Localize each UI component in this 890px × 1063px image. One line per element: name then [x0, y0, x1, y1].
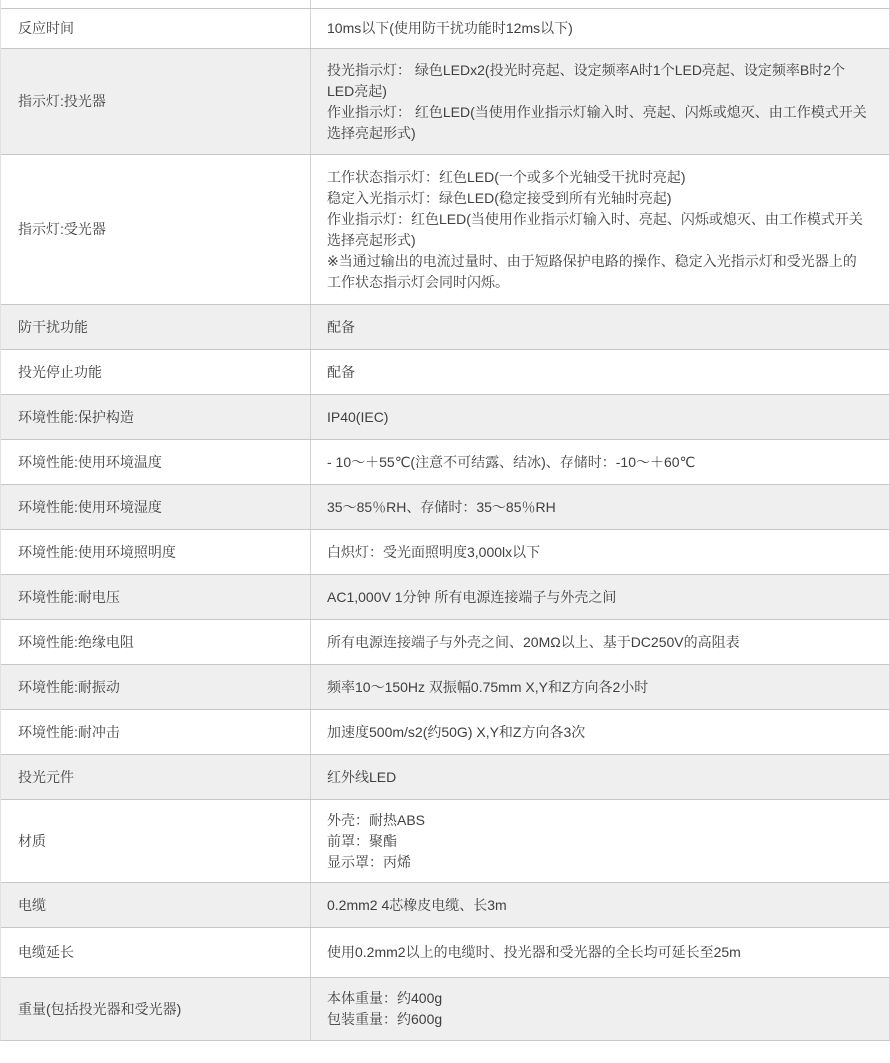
- spec-label: 环境性能:保护构造: [1, 395, 311, 439]
- spec-row-withstand-voltage: 环境性能:耐电压 AC1,000V 1分钟 所有电源连接端子与外壳之间: [1, 574, 889, 619]
- spec-row-partial-top: [1, 0, 889, 8]
- spec-row-emission-stop: 投光停止功能 配备: [1, 349, 889, 394]
- spec-value: 配备: [311, 350, 889, 394]
- spec-label: 环境性能:绝缘电阻: [1, 620, 311, 664]
- spec-label: 投光停止功能: [1, 350, 311, 394]
- spec-table: 反应时间 10ms以下(使用防干扰功能时12ms以下) 指示灯:投光器 投光指示…: [0, 0, 890, 1041]
- spec-value: IP40(IEC): [311, 395, 889, 439]
- spec-value: 加速度500m/s2(约50G) X,Y和Z方向各3次: [311, 710, 889, 754]
- spec-label: 环境性能:耐冲击: [1, 710, 311, 754]
- spec-row-vibration-resistance: 环境性能:耐振动 频率10～150Hz 双振幅0.75mm X,Y和Z方向各2小…: [1, 664, 889, 709]
- spec-row-ambient-humidity: 环境性能:使用环境湿度 35～85％RH、存储时：35～85％RH: [1, 484, 889, 529]
- spec-value: 投光指示灯： 绿色LEDx2(投光时亮起、设定频率A时1个LED亮起、设定频率B…: [311, 49, 889, 154]
- spec-value: 工作状态指示灯：红色LED(一个或多个光轴受干扰时亮起) 稳定入光指示灯：绿色L…: [311, 155, 889, 304]
- spec-row-ambient-temperature: 环境性能:使用环境温度 - 10～＋55℃(注意不可结露、结冰)、存储时：-10…: [1, 439, 889, 484]
- spec-label: 投光元件: [1, 755, 311, 799]
- spec-value: 使用0.2mm2以上的电缆时、投光器和受光器的全长均可延长至25m: [311, 928, 889, 977]
- spec-label: 环境性能:耐电压: [1, 575, 311, 619]
- spec-label: 反应时间: [1, 9, 311, 48]
- spec-row-cable-extension: 电缆延长 使用0.2mm2以上的电缆时、投光器和受光器的全长均可延长至25m: [1, 927, 889, 977]
- spec-label: 环境性能:耐振动: [1, 665, 311, 709]
- spec-value: AC1,000V 1分钟 所有电源连接端子与外壳之间: [311, 575, 889, 619]
- spec-label: 电缆: [1, 883, 311, 927]
- spec-row-weight: 重量(包括投光器和受光器) 本体重量：约400g 包装重量：约600g: [1, 977, 889, 1040]
- spec-label: 指示灯:受光器: [1, 155, 311, 304]
- spec-value: 10ms以下(使用防干扰功能时12ms以下): [311, 9, 889, 48]
- spec-value: 所有电源连接端子与外壳之间、20MΩ以上、基于DC250V的高阻表: [311, 620, 889, 664]
- spec-label: 材质: [1, 800, 311, 882]
- spec-row-interference-prevention: 防干扰功能 配备: [1, 304, 889, 349]
- spec-value: - 10～＋55℃(注意不可结露、结冰)、存储时：-10～＋60℃: [311, 440, 889, 484]
- spec-label: 防干扰功能: [1, 305, 311, 349]
- spec-value: 外壳：耐热ABS 前罩：聚酯 显示罩：丙烯: [311, 800, 889, 882]
- spec-row-protection-structure: 环境性能:保护构造 IP40(IEC): [1, 394, 889, 439]
- spec-row-material: 材质 外壳：耐热ABS 前罩：聚酯 显示罩：丙烯: [1, 799, 889, 882]
- spec-row-insulation-resistance: 环境性能:绝缘电阻 所有电源连接端子与外壳之间、20MΩ以上、基于DC250V的…: [1, 619, 889, 664]
- spec-label: 环境性能:使用环境湿度: [1, 485, 311, 529]
- spec-row-indicator-emitter: 指示灯:投光器 投光指示灯： 绿色LEDx2(投光时亮起、设定频率A时1个LED…: [1, 48, 889, 154]
- spec-label: 环境性能:使用环境温度: [1, 440, 311, 484]
- spec-row-emitting-element: 投光元件 红外线LED: [1, 754, 889, 799]
- spec-row-ambient-illuminance: 环境性能:使用环境照明度 白炽灯：受光面照明度3,000lx以下: [1, 529, 889, 574]
- spec-value: 红外线LED: [311, 755, 889, 799]
- spec-value: 频率10～150Hz 双振幅0.75mm X,Y和Z方向各2小时: [311, 665, 889, 709]
- spec-value: 本体重量：约400g 包装重量：约600g: [311, 978, 889, 1040]
- spec-value: 白炽灯：受光面照明度3,000lx以下: [311, 530, 889, 574]
- spec-value: [311, 0, 889, 8]
- spec-row-response-time: 反应时间 10ms以下(使用防干扰功能时12ms以下): [1, 8, 889, 48]
- spec-row-cable: 电缆 0.2mm2 4芯橡皮电缆、长3m: [1, 882, 889, 927]
- spec-value: 0.2mm2 4芯橡皮电缆、长3m: [311, 883, 889, 927]
- spec-label: 重量(包括投光器和受光器): [1, 978, 311, 1040]
- spec-row-indicator-receiver: 指示灯:受光器 工作状态指示灯：红色LED(一个或多个光轴受干扰时亮起) 稳定入…: [1, 154, 889, 304]
- spec-label: 环境性能:使用环境照明度: [1, 530, 311, 574]
- spec-row-shock-resistance: 环境性能:耐冲击 加速度500m/s2(约50G) X,Y和Z方向各3次: [1, 709, 889, 754]
- spec-label: 电缆延长: [1, 928, 311, 977]
- spec-value: 35～85％RH、存储时：35～85％RH: [311, 485, 889, 529]
- spec-value: 配备: [311, 305, 889, 349]
- spec-label: [1, 0, 311, 8]
- spec-label: 指示灯:投光器: [1, 49, 311, 154]
